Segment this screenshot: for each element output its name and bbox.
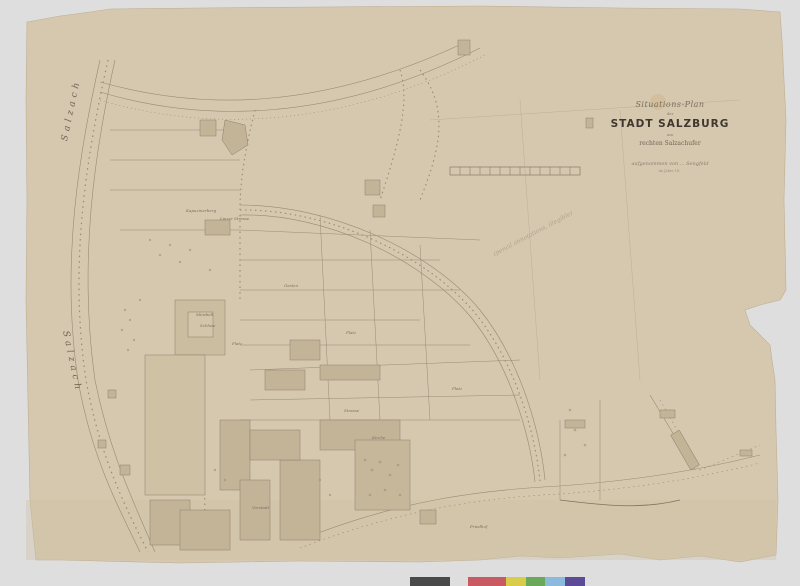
place-label: Mirabell: [196, 312, 213, 317]
calibration-swatch-blue: [545, 577, 565, 586]
calibration-swatch-red: [468, 577, 506, 586]
place-label: Platz: [232, 341, 242, 346]
place-label: Linzer Strasse: [220, 216, 249, 221]
title-script-line: Situations-Plan: [600, 100, 740, 109]
calibration-swatch-green: [526, 577, 545, 586]
calibration-swatch-purple: [565, 577, 585, 586]
place-label: Kirche: [372, 435, 385, 440]
place-label: Friedhof: [470, 524, 487, 529]
title-connector-2: am: [600, 132, 740, 137]
title-cartouche: Situations-Plan der STADT SALZBURG am re…: [600, 100, 740, 173]
map-sheet: [0, 0, 800, 586]
map-title: STADT SALZBURG: [600, 118, 740, 130]
place-label: Garten: [284, 283, 298, 288]
map-author: aufgenommen von ... Sengfeld: [600, 161, 740, 167]
place-label: Vorstadt: [252, 505, 269, 510]
place-label: Schloss: [200, 323, 215, 328]
calibration-swatch-black: [410, 577, 450, 586]
place-label: Platz: [452, 386, 462, 391]
place-label: Kapuzinerberg: [186, 208, 216, 213]
map-date: im Jahre 18..: [600, 169, 740, 173]
place-label: Platz: [346, 330, 356, 335]
place-label: Strasse: [344, 408, 359, 413]
map-subtitle: rechten Salzachufer: [600, 140, 740, 147]
title-connector: der: [600, 111, 740, 116]
calibration-swatch-yellow: [506, 577, 526, 586]
